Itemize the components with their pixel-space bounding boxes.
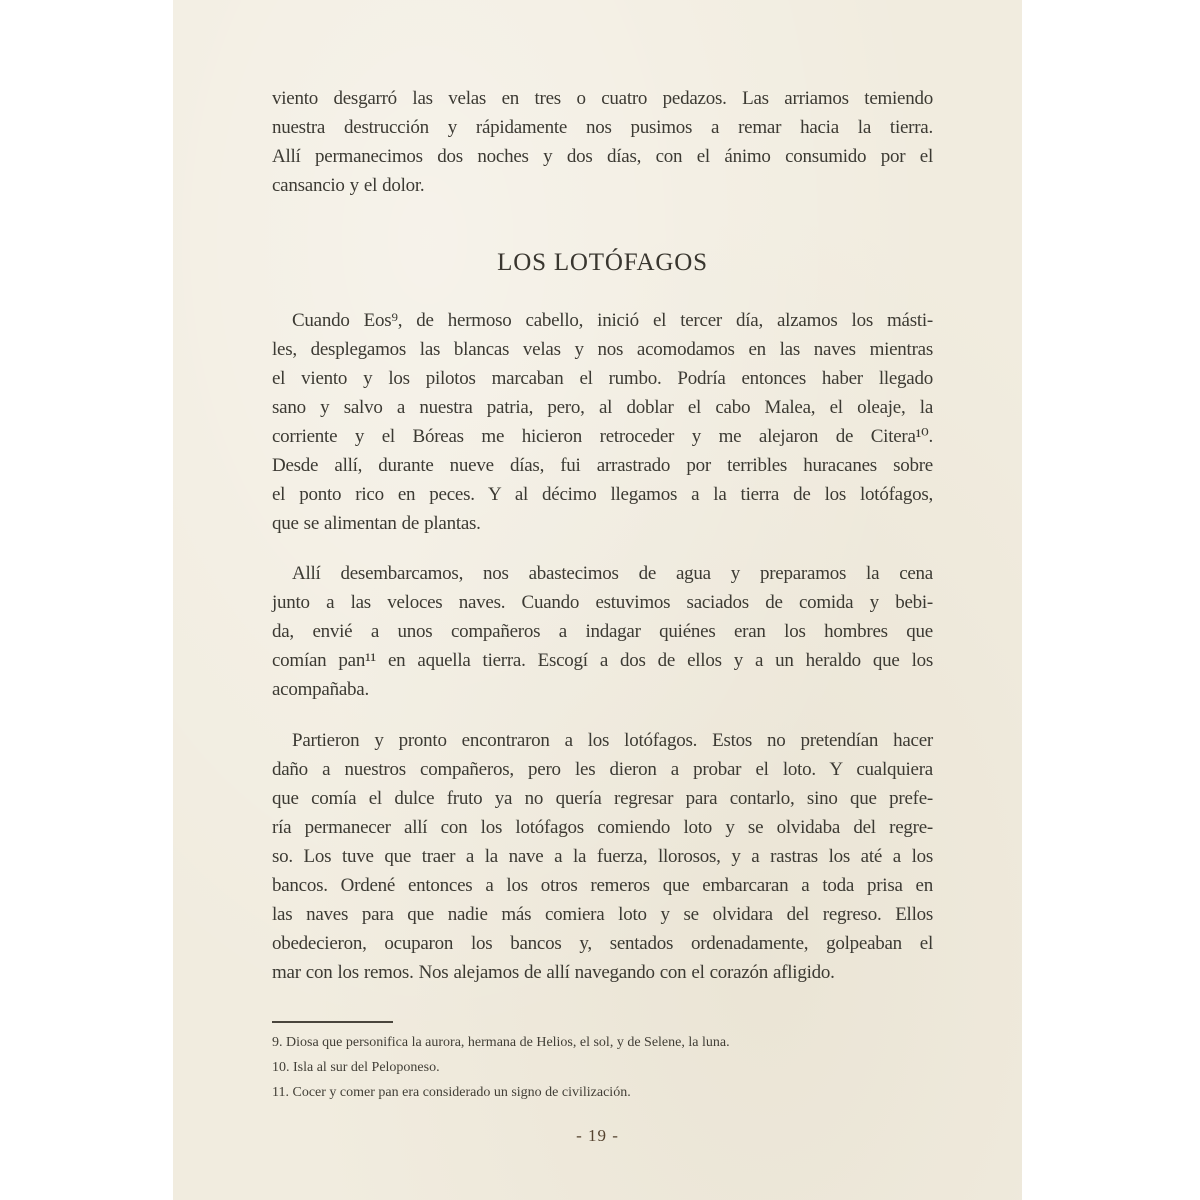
text-line: daño a nuestros compañeros, pero les die… bbox=[272, 755, 933, 784]
paragraph: Partieron y pronto encontraron a los lot… bbox=[272, 726, 933, 987]
chapter-heading: LOS LOTÓFAGOS bbox=[272, 248, 933, 278]
footnote-item: 9. Diosa que personifica la aurora, herm… bbox=[272, 1030, 933, 1055]
page-number: - 19 - bbox=[173, 1126, 1022, 1146]
book-page: viento desgarró las velas en tres o cuat… bbox=[173, 0, 1022, 1200]
footnote-rule bbox=[272, 1021, 393, 1023]
text-line: acompañaba. bbox=[272, 675, 933, 704]
text-line: que se alimentan de plantas. bbox=[272, 509, 933, 538]
footnotes-section: 9. Diosa que personifica la aurora, herm… bbox=[272, 1021, 933, 1105]
paragraph: Allí desembarcamos, nos abastecimos de a… bbox=[272, 559, 933, 704]
text-line: Partieron y pronto encontraron a los lot… bbox=[272, 726, 933, 755]
text-line: bancos. Ordené entonces a los otros reme… bbox=[272, 871, 933, 900]
text-line: sano y salvo a nuestra patria, pero, al … bbox=[272, 393, 933, 422]
text-line: cansancio y el dolor. bbox=[272, 171, 933, 200]
footnote-item: 10. Isla al sur del Peloponeso. bbox=[272, 1055, 933, 1080]
text-line: so. Los tuve que traer a la nave a la fu… bbox=[272, 842, 933, 871]
text-line: el ponto rico en peces. Y al décimo lleg… bbox=[272, 480, 933, 509]
text-line: junto a las veloces naves. Cuando estuvi… bbox=[272, 588, 933, 617]
text-line: Allí permanecimos dos noches y dos días,… bbox=[272, 142, 933, 171]
text-line: comían pan¹¹ en aquella tierra. Escogí a… bbox=[272, 646, 933, 675]
text-line: viento desgarró las velas en tres o cuat… bbox=[272, 84, 933, 113]
text-line: nuestra destrucción y rápidamente nos pu… bbox=[272, 113, 933, 142]
text-line: Desde allí, durante nueve días, fui arra… bbox=[272, 451, 933, 480]
text-line: Allí desembarcamos, nos abastecimos de a… bbox=[272, 559, 933, 588]
footnote-item: 11. Cocer y comer pan era considerado un… bbox=[272, 1080, 933, 1105]
text-line: obedecieron, ocuparon los bancos y, sent… bbox=[272, 929, 933, 958]
footnote-list: 9. Diosa que personifica la aurora, herm… bbox=[272, 1030, 933, 1105]
text-line: les, desplegamos las blancas velas y nos… bbox=[272, 335, 933, 364]
text-line: el viento y los pilotos marcaban el rumb… bbox=[272, 364, 933, 393]
text-line: corriente y el Bóreas me hicieron retroc… bbox=[272, 422, 933, 451]
text-line: mar con los remos. Nos alejamos de allí … bbox=[272, 958, 933, 987]
paragraph: Cuando Eos⁹, de hermoso cabello, inició … bbox=[272, 306, 933, 538]
text-line: Cuando Eos⁹, de hermoso cabello, inició … bbox=[272, 306, 933, 335]
text-line: ría permanecer allí con los lotófagos co… bbox=[272, 813, 933, 842]
text-line: da, envié a unos compañeros a indagar qu… bbox=[272, 617, 933, 646]
page-text: viento desgarró las velas en tres o cuat… bbox=[272, 84, 933, 987]
scan-background: viento desgarró las velas en tres o cuat… bbox=[0, 0, 1200, 1200]
paragraph-continuation: viento desgarró las velas en tres o cuat… bbox=[272, 84, 933, 200]
text-line: las naves para que nadie más comiera lot… bbox=[272, 900, 933, 929]
text-line: que comía el dulce fruto ya no quería re… bbox=[272, 784, 933, 813]
